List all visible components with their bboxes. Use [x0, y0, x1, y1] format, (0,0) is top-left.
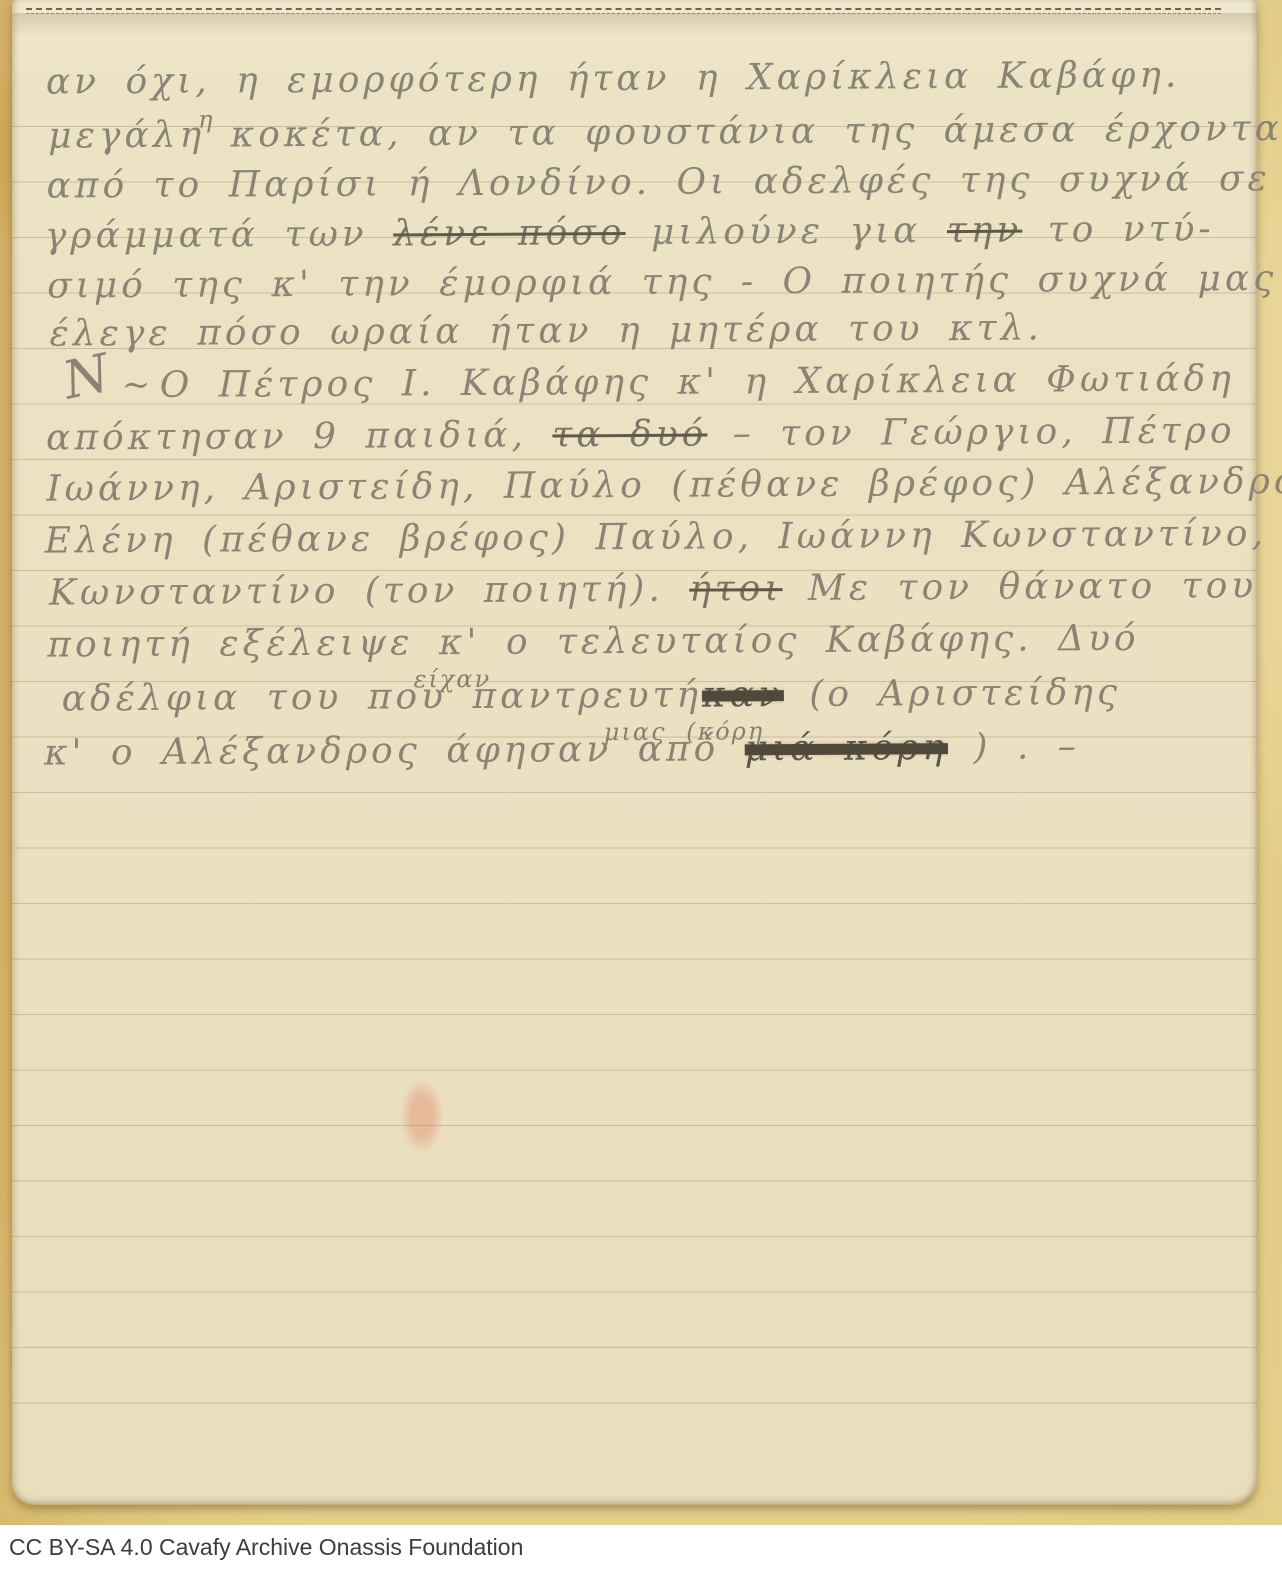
manuscript-line: Κωνσταντίνο (τον ποιητή). ήτοι Με τον θά… — [49, 563, 1257, 616]
line-text: Κωνσταντίνο (τον ποιητή). — [49, 569, 689, 614]
inserted-text: μιας (κόρη — [604, 708, 765, 755]
license-text: CC BY-SA 4.0 Cavafy Archive Onassis Foun… — [9, 1525, 523, 1569]
line-text: μεγάλη κοκέτα, αν τα φουστάνια της άμεσα… — [48, 108, 1282, 157]
line-text: Ο Πέτρος Ι. Καβάφης κ' η Χαρίκλεια Φωτιά… — [160, 358, 1235, 406]
manuscript-line: μεγάλη κοκέτα, αν τα φουστάνια της άμεσα… — [48, 106, 1282, 160]
attribution-bar: CC BY-SA 4.0 Cavafy Archive Onassis Foun… — [0, 1525, 1282, 1572]
line-text: Με τον θάνατο του — [782, 565, 1257, 609]
manuscript-line: αδέλφια του που παντρευτήκαν (ο Αριστείδ… — [62, 670, 1122, 722]
manuscript-line: Ελένη (πέθανε βρέφος) Παύλο, Ιωάννη Κωνσ… — [45, 511, 1282, 565]
line-text: Ελένη (πέθανε βρέφος) Παύλο, Ιωάννη Κωνσ… — [45, 513, 1282, 562]
manuscript-line: ποιητή εξέλειψε κ' ο τελευταίος Καβάφης.… — [47, 616, 1140, 669]
line-text: από το Παρίσι ή Λονδίνο. Οι αδελφές της … — [46, 158, 1270, 206]
manuscript-line: από το Παρίσι ή Λονδίνο. Οι αδελφές της … — [46, 156, 1271, 209]
manuscript-line: κ' ο Αλέξανδρος άφησαν από μιά κόρη ) . … — [44, 724, 1080, 776]
notebook-page: αν όχι, η εμορφότερη ήταν η Χαρίκλεια Κα… — [12, 0, 1257, 1505]
manuscript-line: αν όχι, η εμορφότερη ήταν η Χαρίκλεια Κα… — [46, 53, 1181, 106]
inserted-text: η — [198, 97, 215, 143]
line-text: αν όχι, η εμορφότερη ήταν η Χαρίκλεια Κα… — [46, 55, 1181, 103]
line-text: σιμό της κ' την έμορφιά της - Ο ποιητής … — [47, 258, 1277, 307]
line-text: μιλούνε για — [625, 210, 947, 253]
line-text: ) . – — [948, 726, 1080, 768]
manuscript-scan: αν όχι, η εμορφότερη ήταν η Χαρίκλεια Κα… — [0, 0, 1282, 1572]
line-text: έλεγε πόσο ωραία ήταν η μητέρα του κτλ. — [49, 307, 1043, 354]
line-text: απόκτησαν 9 παιδιά, — [46, 414, 553, 458]
struck-text: λένε πόσο — [393, 212, 626, 254]
line-text: το ντύ- — [1022, 208, 1215, 250]
line-text: (ο Αριστείδης — [784, 672, 1121, 715]
manuscript-line: γράμματά των λένε πόσο μιλούνε για την τ… — [45, 206, 1215, 259]
handwritten-text: αν όχι, η εμορφότερη ήταν η Χαρίκλεια Κα… — [7, 0, 1261, 1509]
struck-text: ήτοι — [689, 568, 783, 610]
manuscript-line: Ο Πέτρος Ι. Καβάφης κ' η Χαρίκλεια Φωτιά… — [160, 356, 1235, 409]
line-text: γράμματά των — [45, 213, 394, 256]
struck-text: μιά κόρη — [745, 727, 949, 769]
manuscript-line: έλεγε πόσο ωραία ήταν η μητέρα του κτλ. — [49, 305, 1043, 357]
manuscript-line: απόκτησαν 9 παιδιά, τα δυό – τον Γεώργιο… — [46, 408, 1236, 461]
inserted-text: είχαν — [413, 656, 491, 702]
line-text: Ιωάννη, Αριστείδη, Παύλο (πέθανε βρέφος)… — [46, 461, 1282, 510]
struck-text: την — [947, 210, 1023, 251]
line-text: ποιητή εξέλειψε κ' ο τελευταίος Καβάφης.… — [47, 618, 1140, 666]
tilde-mark: ∼ — [122, 365, 151, 405]
struck-text: τα δυό — [552, 414, 707, 456]
line-text: – τον Γεώργιο, Πέτρο — [707, 410, 1236, 454]
manuscript-line: Ιωάννη, Αριστείδη, Παύλο (πέθανε βρέφος)… — [46, 459, 1282, 513]
manuscript-line: σιμό της κ' την έμορφιά της - Ο ποιητής … — [47, 256, 1277, 310]
